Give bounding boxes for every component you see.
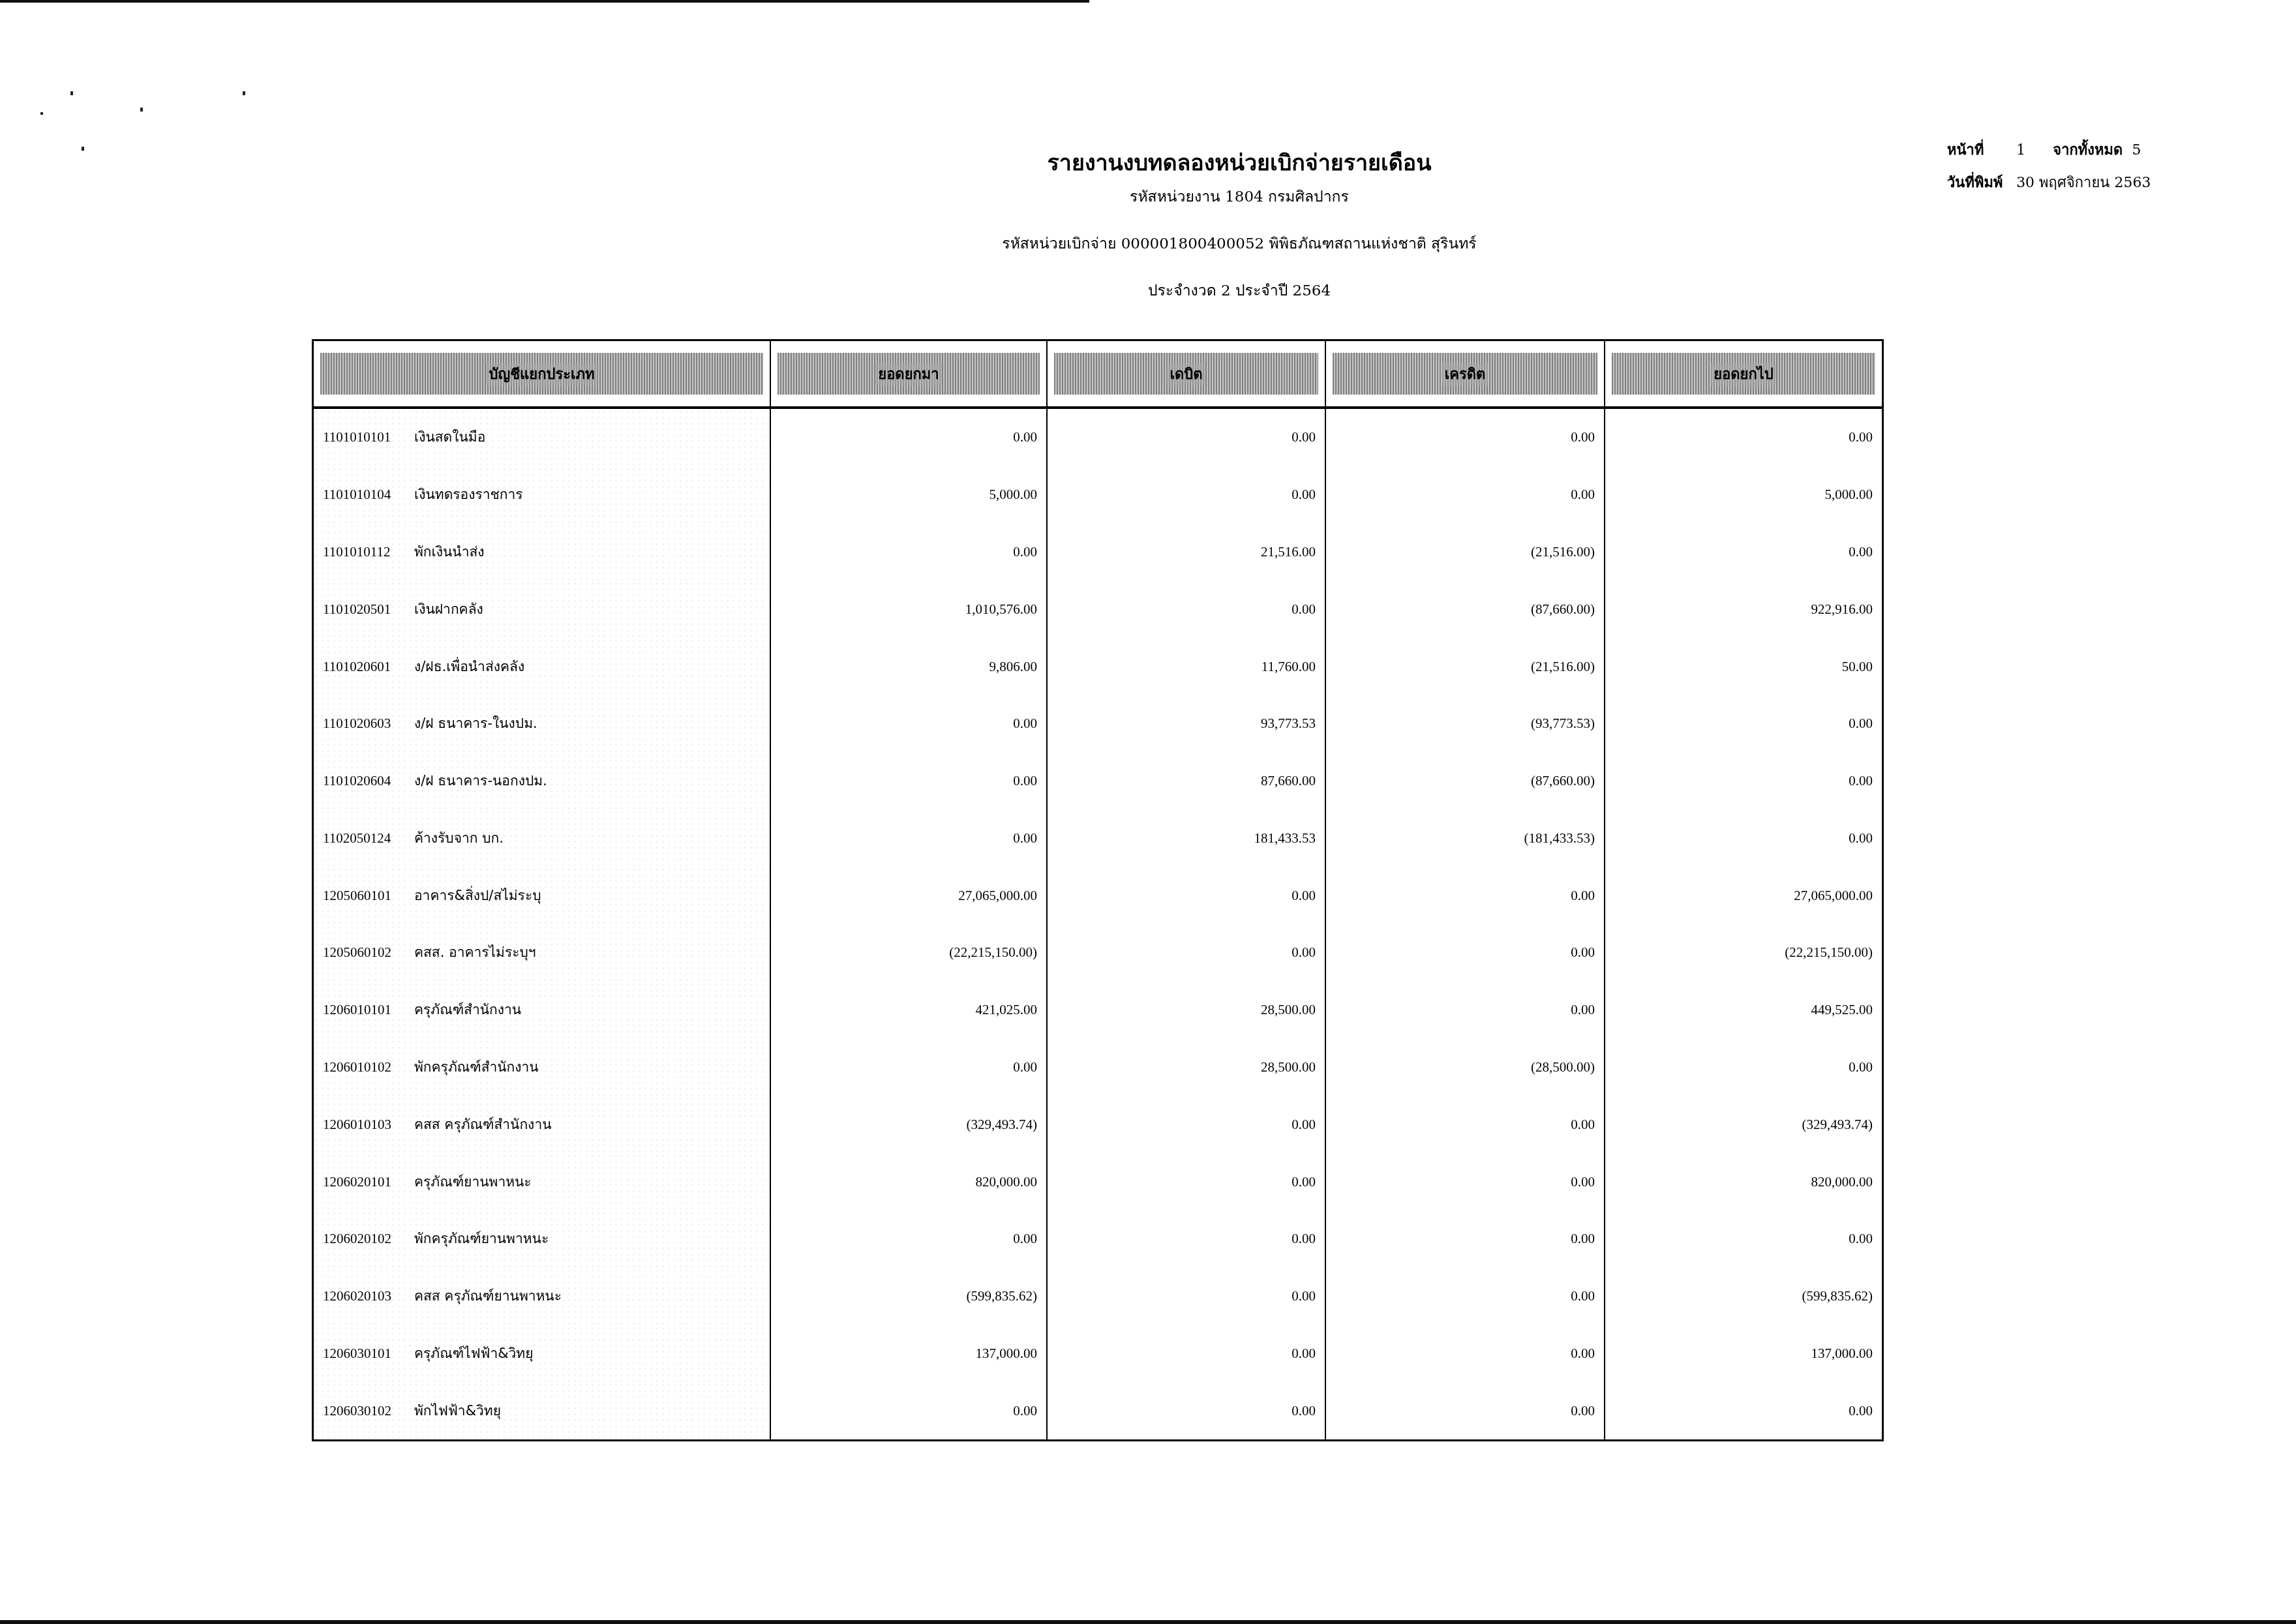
opening-balance-cell: 0.00 (771, 695, 1048, 753)
account-name: คสส. อาคารไม่ระบุฯ (414, 942, 536, 963)
page-info: หน้าที่ 1 จากทั้งหมด 5 (1947, 138, 2141, 161)
account-name: คสส ครุภัณฑ์ยานพาหนะ (414, 1286, 562, 1307)
account-name: พักครุภัณฑ์ยานพาหนะ (414, 1228, 549, 1250)
print-date: 30 พฤศจิกายน 2563 (2016, 171, 2151, 194)
account-cell: 1101020601 ง/ฝธ.เพื่อนำส่งคลัง (314, 638, 771, 695)
credit-cell: 0.00 (1326, 1210, 1605, 1268)
credit-cell: (93,773.53) (1326, 695, 1605, 753)
debit-cell: 0.00 (1048, 924, 1326, 982)
closing-balance-cell: 0.00 (1605, 1210, 1882, 1268)
account-cell: 1101020501 เงินฝากคลัง (314, 580, 771, 638)
account-cell: 1101010101 เงินสดในมือ (314, 409, 771, 466)
table-row: 1101010101 เงินสดในมือ 0.00 0.00 0.00 0.… (314, 409, 1882, 466)
account-code: 1101010101 (323, 429, 414, 445)
debit-cell: 0.00 (1048, 1325, 1326, 1383)
debit-cell: 93,773.53 (1048, 695, 1326, 753)
closing-balance-cell: 50.00 (1605, 638, 1882, 695)
debit-cell: 0.00 (1048, 1268, 1326, 1325)
column-header-opening: ยอดยกมา (771, 341, 1048, 406)
debit-cell: 21,516.00 (1048, 524, 1326, 581)
account-code: 1206030102 (323, 1403, 414, 1419)
account-cell: 1206010103 คสส ครุภัณฑ์สำนักงาน (314, 1096, 771, 1153)
table-row: 1101020604 ง/ฝ ธนาคาร-นอกงปม. 0.00 87,66… (314, 753, 1882, 810)
table-row: 1102050124 ค้างรับจาก บก. 0.00 181,433.5… (314, 809, 1882, 867)
opening-balance-cell: (599,835.62) (771, 1268, 1048, 1325)
closing-balance-cell: 0.00 (1605, 409, 1882, 466)
closing-balance-cell: 137,000.00 (1605, 1325, 1882, 1383)
credit-cell: 0.00 (1326, 1382, 1605, 1439)
account-name: อาคาร&สิ่งป/สไม่ระบุ (414, 885, 541, 907)
credit-cell: (181,433.53) (1326, 809, 1605, 867)
opening-balance-cell: 0.00 (771, 753, 1048, 810)
debit-cell: 0.00 (1048, 1153, 1326, 1210)
opening-balance-cell: 9,806.00 (771, 638, 1048, 695)
opening-balance-cell: 27,065,000.00 (771, 867, 1048, 924)
account-cell: 1101010104 เงินทดรองราชการ (314, 466, 771, 524)
column-header-account: บัญชีแยกประเภท (314, 341, 771, 406)
credit-cell: (21,516.00) (1326, 524, 1605, 581)
credit-cell: (28,500.00) (1326, 1039, 1605, 1096)
opening-balance-cell: 0.00 (771, 1039, 1048, 1096)
table-row: 1206010101 ครุภัณฑ์สำนักงาน 421,025.00 2… (314, 982, 1882, 1039)
closing-balance-cell: 0.00 (1605, 753, 1882, 810)
account-code: 1206020102 (323, 1231, 414, 1247)
debit-cell: 28,500.00 (1048, 982, 1326, 1039)
account-name: เงินสดในมือ (414, 427, 485, 448)
opening-balance-cell: 137,000.00 (771, 1325, 1048, 1383)
account-code: 1206010101 (323, 1002, 414, 1018)
account-code: 1101010104 (323, 487, 414, 503)
account-name: พักเงินนำส่ง (414, 541, 485, 563)
account-code: 1101020604 (323, 773, 414, 789)
closing-balance-cell: (22,215,150.00) (1605, 924, 1882, 982)
disbursing-unit-line: รหัสหน่วยเบิกจ่าย 000001800400052 พิพิธภ… (717, 232, 1761, 256)
closing-balance-cell: 0.00 (1605, 809, 1882, 867)
debit-cell: 11,760.00 (1048, 638, 1326, 695)
scan-speck (70, 91, 73, 95)
table-row: 1206020101 ครุภัณฑ์ยานพาหนะ 820,000.00 0… (314, 1153, 1882, 1210)
account-name: พักครุภัณฑ์สำนักงาน (414, 1057, 539, 1078)
account-name: ครุภัณฑ์สำนักงาน (414, 999, 521, 1021)
account-name: ครุภัณฑ์ไฟฟ้า&วิทยุ (414, 1343, 534, 1364)
account-name: ครุภัณฑ์ยานพาหนะ (414, 1171, 532, 1193)
table-body: 1101010101 เงินสดในมือ 0.00 0.00 0.00 0.… (314, 409, 1882, 1439)
opening-balance-cell: 0.00 (771, 1382, 1048, 1439)
scan-speck (40, 112, 43, 115)
credit-cell: 0.00 (1326, 1325, 1605, 1383)
account-code: 1206010102 (323, 1059, 414, 1075)
table-row: 1101010104 เงินทดรองราชการ 5,000.00 0.00… (314, 466, 1882, 524)
debit-cell: 0.00 (1048, 867, 1326, 924)
account-code: 1206010103 (323, 1117, 414, 1133)
account-cell: 1101020603 ง/ฝ ธนาคาร-ในงปม. (314, 695, 771, 753)
column-header-debit: เดบิต (1048, 341, 1326, 406)
opening-balance-cell: 0.00 (771, 1210, 1048, 1268)
credit-cell: 0.00 (1326, 867, 1605, 924)
debit-cell: 28,500.00 (1048, 1039, 1326, 1096)
account-code: 1205060101 (323, 888, 414, 904)
print-date-info: วันที่พิมพ์ 30 พฤศจิกายน 2563 (1947, 171, 2151, 194)
table-row: 1206010103 คสส ครุภัณฑ์สำนักงาน (329,493… (314, 1096, 1882, 1153)
table-header: บัญชีแยกประเภท ยอดยกมา เดบิต เครดิต ยอดย… (314, 341, 1882, 409)
account-code: 1206020103 (323, 1288, 414, 1304)
credit-cell: 0.00 (1326, 1153, 1605, 1210)
credit-cell: 0.00 (1326, 466, 1605, 524)
account-code: 1206020101 (323, 1174, 414, 1190)
closing-balance-cell: 0.00 (1605, 1382, 1882, 1439)
scan-border-bottom (0, 1620, 2296, 1624)
debit-cell: 87,660.00 (1048, 753, 1326, 810)
debit-cell: 181,433.53 (1048, 809, 1326, 867)
account-name: ง/ฝ ธนาคาร-ในงปม. (414, 713, 537, 734)
table-row: 1206010102 พักครุภัณฑ์สำนักงาน 0.00 28,5… (314, 1039, 1882, 1096)
debit-cell: 0.00 (1048, 580, 1326, 638)
account-cell: 1206030101 ครุภัณฑ์ไฟฟ้า&วิทยุ (314, 1325, 771, 1383)
period-line: ประจำงวด 2 ประจำปี 2564 (717, 279, 1761, 303)
credit-cell: (21,516.00) (1326, 638, 1605, 695)
account-name: ง/ฝ ธนาคาร-นอกงปม. (414, 770, 547, 792)
opening-balance-cell: 0.00 (771, 409, 1048, 466)
closing-balance-cell: 5,000.00 (1605, 466, 1882, 524)
table-row: 1101020603 ง/ฝ ธนาคาร-ในงปม. 0.00 93,773… (314, 695, 1882, 753)
closing-balance-cell: 0.00 (1605, 1039, 1882, 1096)
page-number: 1 (2016, 142, 2049, 158)
column-header-closing: ยอดยกไป (1605, 341, 1882, 406)
table-row: 1101020501 เงินฝากคลัง 1,010,576.00 0.00… (314, 580, 1882, 638)
scan-speck (140, 108, 143, 112)
closing-balance-cell: 27,065,000.00 (1605, 867, 1882, 924)
opening-balance-cell: 421,025.00 (771, 982, 1048, 1039)
opening-balance-cell: (22,215,150.00) (771, 924, 1048, 982)
table-row: 1101010112 พักเงินนำส่ง 0.00 21,516.00 (… (314, 524, 1882, 581)
account-name: พักไฟฟ้า&วิทยุ (414, 1400, 501, 1422)
scan-border-top (0, 0, 1089, 3)
account-cell: 1206030102 พักไฟฟ้า&วิทยุ (314, 1382, 771, 1439)
debit-cell: 0.00 (1048, 466, 1326, 524)
account-name: ง/ฝธ.เพื่อนำส่งคลัง (414, 656, 524, 678)
opening-balance-cell: 820,000.00 (771, 1153, 1048, 1210)
account-cell: 1206020103 คสส ครุภัณฑ์ยานพาหนะ (314, 1268, 771, 1325)
page-label: หน้าที่ (1947, 138, 2012, 161)
closing-balance-cell: (599,835.62) (1605, 1268, 1882, 1325)
account-code: 1101010112 (323, 544, 414, 560)
table-row: 1206030101 ครุภัณฑ์ไฟฟ้า&วิทยุ 137,000.0… (314, 1325, 1882, 1383)
total-label: จากทั้งหมด (2053, 138, 2128, 161)
account-name: เงินฝากคลัง (414, 599, 483, 620)
account-cell: 1102050124 ค้างรับจาก บก. (314, 809, 771, 867)
credit-cell: 0.00 (1326, 924, 1605, 982)
closing-balance-cell: 820,000.00 (1605, 1153, 1882, 1210)
table-row: 1205060101 อาคาร&สิ่งป/สไม่ระบุ 27,065,0… (314, 867, 1882, 924)
account-code: 1205060102 (323, 944, 414, 961)
table-row: 1205060102 คสส. อาคารไม่ระบุฯ (22,215,15… (314, 924, 1882, 982)
account-cell: 1206010101 ครุภัณฑ์สำนักงาน (314, 982, 771, 1039)
account-code: 1102050124 (323, 830, 414, 847)
closing-balance-cell: (329,493.74) (1605, 1096, 1882, 1153)
credit-cell: (87,660.00) (1326, 580, 1605, 638)
account-code: 1101020603 (323, 715, 414, 732)
account-cell: 1206020102 พักครุภัณฑ์ยานพาหนะ (314, 1210, 771, 1268)
column-header-credit: เครดิต (1326, 341, 1605, 406)
debit-cell: 0.00 (1048, 1382, 1326, 1439)
account-cell: 1205060102 คสส. อาคารไม่ระบุฯ (314, 924, 771, 982)
scan-speck (243, 91, 245, 95)
account-cell: 1101010112 พักเงินนำส่ง (314, 524, 771, 581)
closing-balance-cell: 922,916.00 (1605, 580, 1882, 638)
credit-cell: 0.00 (1326, 982, 1605, 1039)
account-name: เงินทดรองราชการ (414, 484, 523, 505)
opening-balance-cell: 0.00 (771, 524, 1048, 581)
account-cell: 1206010102 พักครุภัณฑ์สำนักงาน (314, 1039, 771, 1096)
credit-cell: (87,660.00) (1326, 753, 1605, 810)
report-title: รายงานงบทดลองหน่วยเบิกจ่ายรายเดือน (717, 145, 1761, 180)
table-row: 1101020601 ง/ฝธ.เพื่อนำส่งคลัง 9,806.00 … (314, 638, 1882, 695)
opening-balance-cell: (329,493.74) (771, 1096, 1048, 1153)
debit-cell: 0.00 (1048, 409, 1326, 466)
account-code: 1101020501 (323, 601, 414, 618)
print-date-label: วันที่พิมพ์ (1947, 171, 2012, 194)
account-code: 1101020601 (323, 659, 414, 675)
account-cell: 1205060101 อาคาร&สิ่งป/สไม่ระบุ (314, 867, 771, 924)
closing-balance-cell: 0.00 (1605, 695, 1882, 753)
account-cell: 1206020101 ครุภัณฑ์ยานพาหนะ (314, 1153, 771, 1210)
table-row: 1206030102 พักไฟฟ้า&วิทยุ 0.00 0.00 0.00… (314, 1382, 1882, 1439)
debit-cell: 0.00 (1048, 1210, 1326, 1268)
closing-balance-cell: 449,525.00 (1605, 982, 1882, 1039)
total-pages: 5 (2132, 142, 2141, 158)
account-code: 1206030101 (323, 1346, 414, 1362)
opening-balance-cell: 0.00 (771, 809, 1048, 867)
table-row: 1206020103 คสส ครุภัณฑ์ยานพาหนะ (599,835… (314, 1268, 1882, 1325)
opening-balance-cell: 5,000.00 (771, 466, 1048, 524)
account-name: ค้างรับจาก บก. (414, 828, 504, 849)
debit-cell: 0.00 (1048, 1096, 1326, 1153)
agency-line: รหัสหน่วยงาน 1804 กรมศิลปากร (717, 185, 1761, 209)
opening-balance-cell: 1,010,576.00 (771, 580, 1048, 638)
scan-speck (82, 147, 84, 151)
table-row: 1206020102 พักครุภัณฑ์ยานพาหนะ 0.00 0.00… (314, 1210, 1882, 1268)
credit-cell: 0.00 (1326, 1268, 1605, 1325)
trial-balance-table: บัญชีแยกประเภท ยอดยกมา เดบิต เครดิต ยอดย… (312, 339, 1884, 1441)
credit-cell: 0.00 (1326, 1096, 1605, 1153)
credit-cell: 0.00 (1326, 409, 1605, 466)
account-name: คสส ครุภัณฑ์สำนักงาน (414, 1114, 552, 1135)
account-cell: 1101020604 ง/ฝ ธนาคาร-นอกงปม. (314, 753, 771, 810)
closing-balance-cell: 0.00 (1605, 524, 1882, 581)
